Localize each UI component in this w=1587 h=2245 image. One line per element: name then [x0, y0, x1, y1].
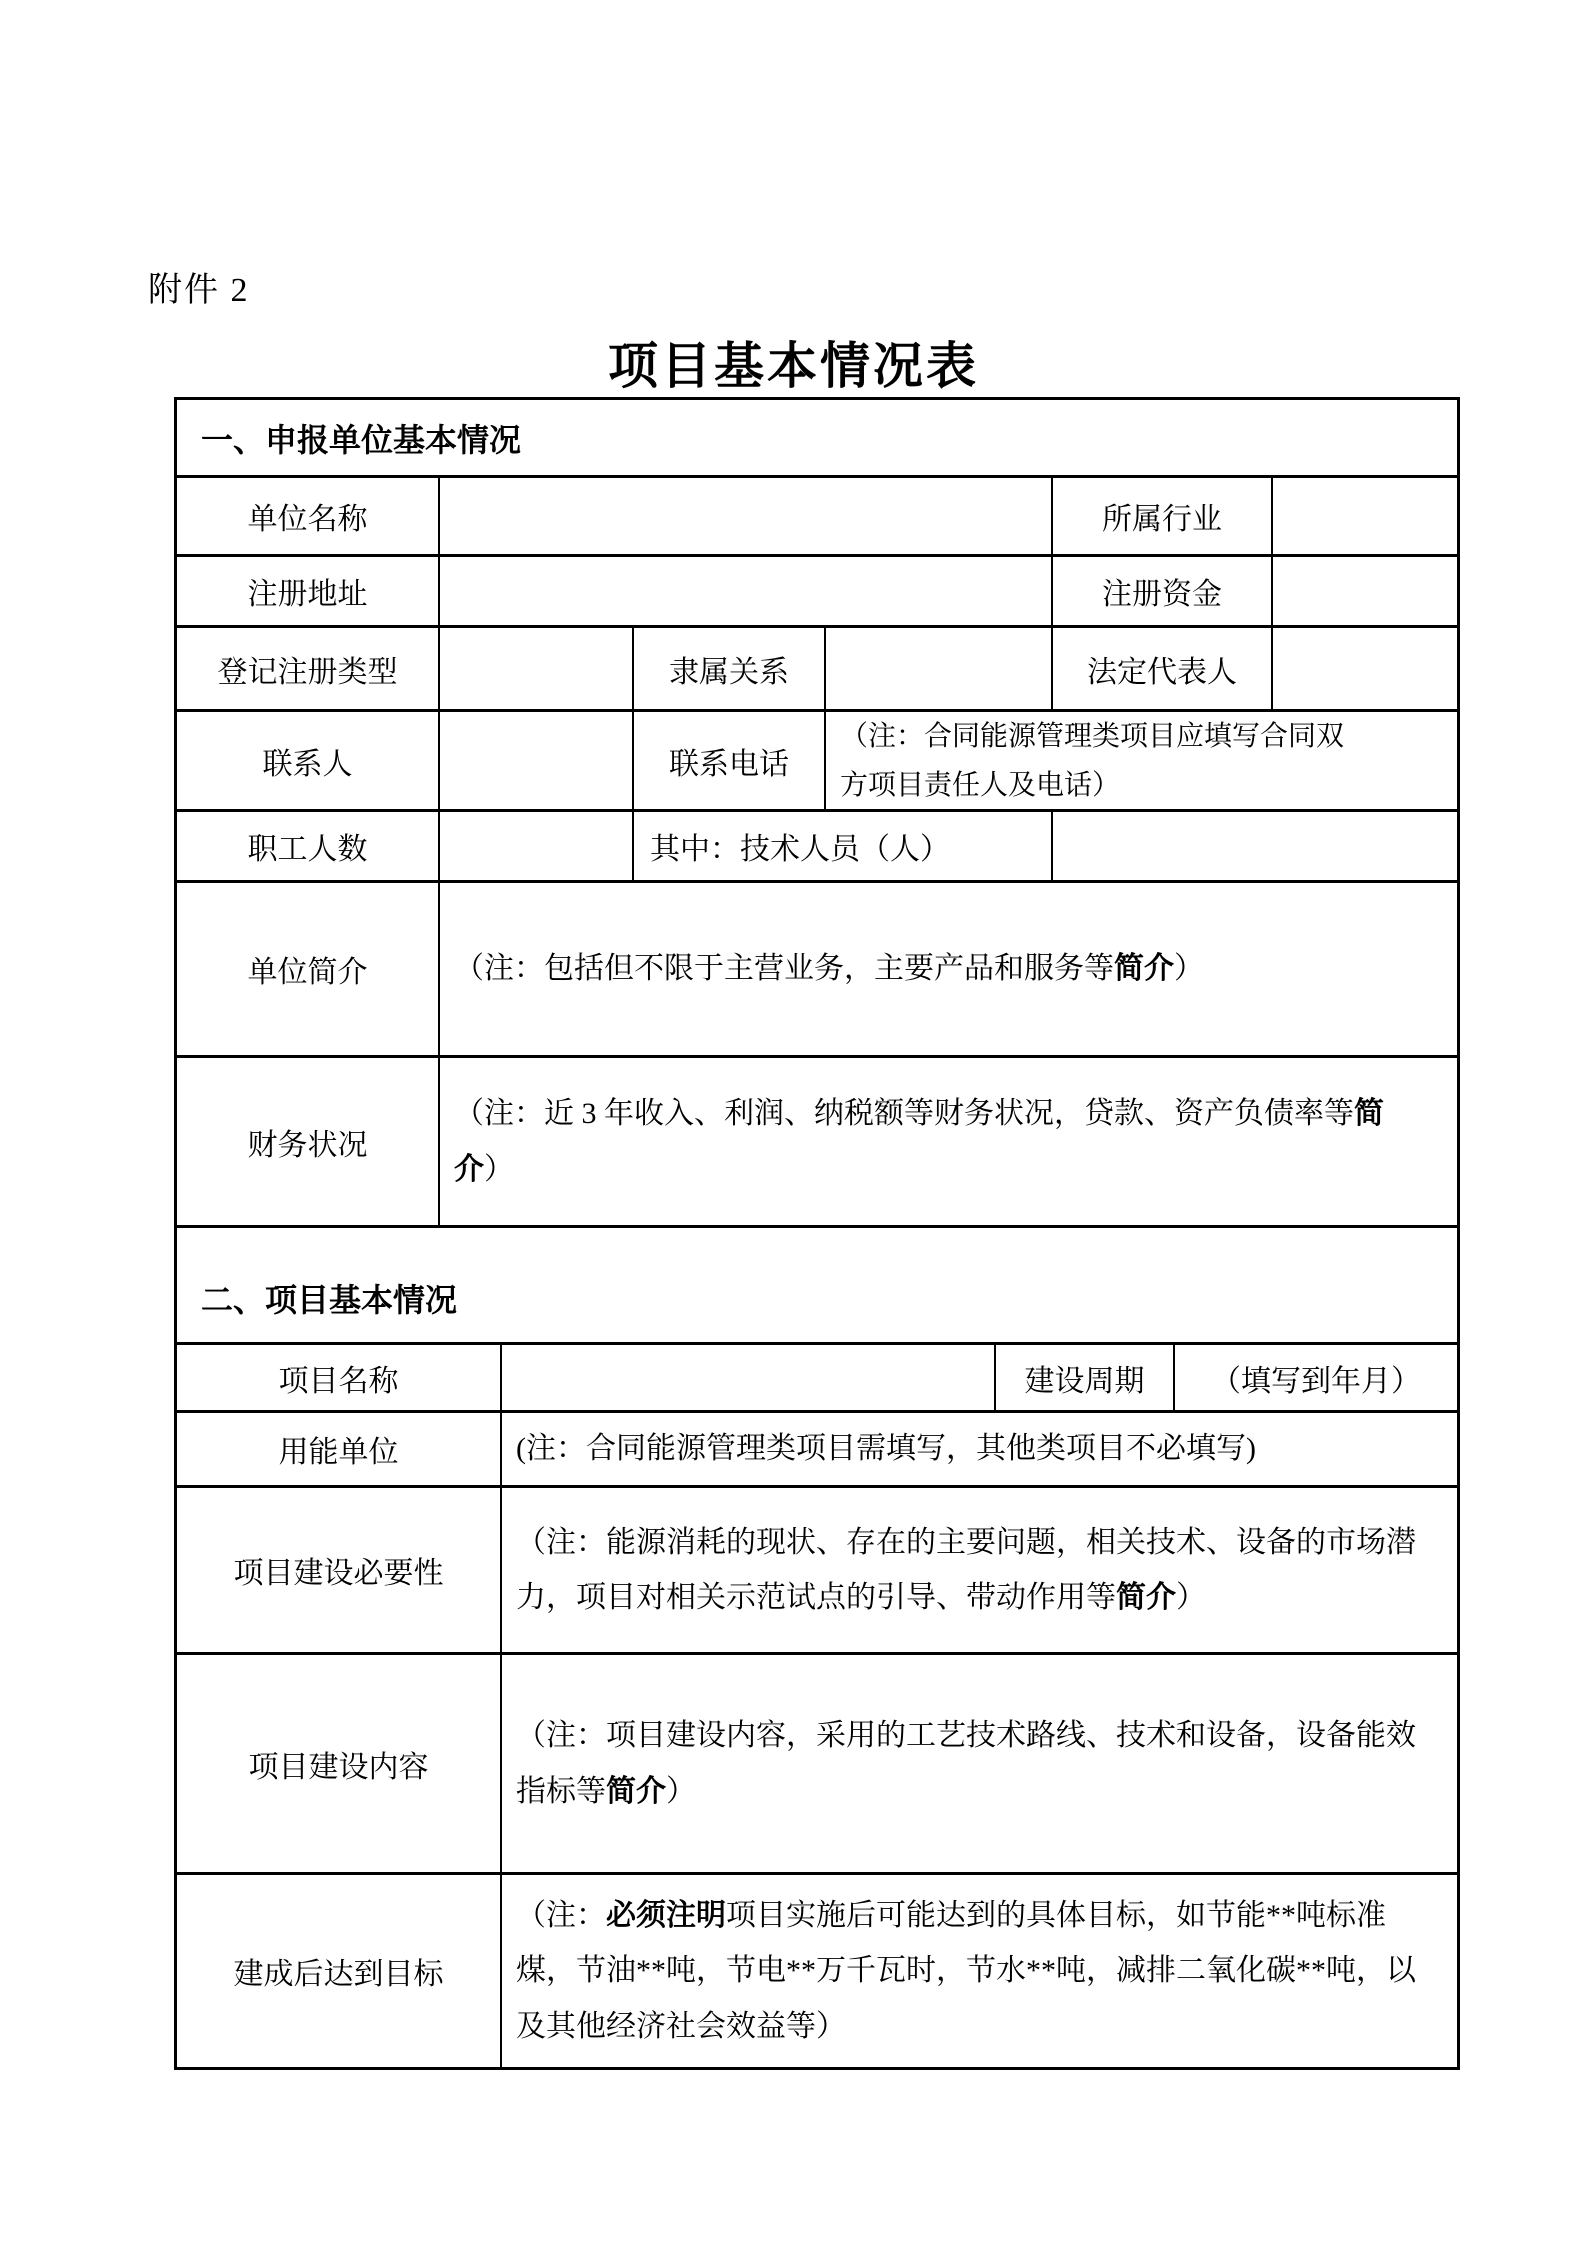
unit-name-value: [440, 478, 1053, 554]
reg-capital-label: 注册资金: [1053, 557, 1273, 625]
energy-unit-note-text: (注：合同能源管理类项目需填写，其他类项目不必填写): [502, 1415, 1270, 1483]
document-page: 附件 2 项目基本情况表 一、申报单位基本情况 单位名称 所属行业 注册地址 注…: [0, 0, 1587, 2245]
industry-value: [1273, 478, 1457, 554]
section1-header: 一、申报单位基本情况: [177, 400, 1457, 475]
goal-note-text: （注：必须注明项目实施后可能达到的具体目标，如节能**吨标准煤，节油**吨，节电…: [502, 1882, 1457, 2061]
table-row: 项目建设内容 （注：项目建设内容，采用的工艺技术路线、技术和设备，设备能效指标等…: [177, 1655, 1457, 1875]
build-period-hint: （填写到年月）: [1175, 1345, 1457, 1410]
section2-header-row: 二、项目基本情况: [177, 1228, 1457, 1345]
section2-header: 二、项目基本情况: [177, 1228, 1457, 1342]
staff-count-label: 职工人数: [177, 812, 440, 880]
reg-capital-value: [1273, 557, 1457, 625]
content-note-text: （注：项目建设内容，采用的工艺技术路线、技术和设备，设备能效指标等简介）: [502, 1702, 1457, 1825]
section1-header-row: 一、申报单位基本情况: [177, 400, 1457, 478]
table-row: 单位名称 所属行业: [177, 478, 1457, 557]
build-period-label: 建设周期: [996, 1345, 1175, 1410]
staff-count-value: [440, 812, 634, 880]
necessity-note-text: （注：能源消耗的现状、存在的主要问题，相关技术、设备的市场潜力，项目对相关示范试…: [502, 1509, 1457, 1632]
contact-label: 联系人: [177, 712, 440, 809]
necessity-label: 项目建设必要性: [177, 1488, 502, 1652]
energy-unit-note: (注：合同能源管理类项目需填写，其他类项目不必填写): [502, 1413, 1457, 1485]
unit-name-label: 单位名称: [177, 478, 440, 554]
affiliation-label: 隶属关系: [634, 628, 826, 709]
unit-intro-label: 单位简介: [177, 883, 440, 1055]
affiliation-value: [826, 628, 1053, 709]
table-row: 建成后达到目标 （注：必须注明项目实施后可能达到的具体目标，如节能**吨标准煤，…: [177, 1875, 1457, 2067]
project-info-table: 一、申报单位基本情况 单位名称 所属行业 注册地址 注册资金 登记注册类型 隶属…: [174, 397, 1460, 2070]
content-note: （注：项目建设内容，采用的工艺技术路线、技术和设备，设备能效指标等简介）: [502, 1655, 1457, 1872]
legal-rep-label: 法定代表人: [1053, 628, 1273, 709]
contact-phone-label: 联系电话: [634, 712, 826, 809]
necessity-note: （注：能源消耗的现状、存在的主要问题，相关技术、设备的市场潜力，项目对相关示范试…: [502, 1488, 1457, 1652]
table-row: 登记注册类型 隶属关系 法定代表人: [177, 628, 1457, 712]
content-label: 项目建设内容: [177, 1655, 502, 1872]
goal-note: （注：必须注明项目实施后可能达到的具体目标，如节能**吨标准煤，节油**吨，节电…: [502, 1875, 1457, 2067]
unit-intro-note: （注：包括但不限于主营业务，主要产品和服务等简介）: [440, 883, 1457, 1055]
reg-address-label: 注册地址: [177, 557, 440, 625]
table-row: 单位简介 （注：包括但不限于主营业务，主要产品和服务等简介）: [177, 883, 1457, 1058]
table-row: 用能单位 (注：合同能源管理类项目需填写，其他类项目不必填写): [177, 1413, 1457, 1488]
table-row: 职工人数 其中：技术人员（人）: [177, 812, 1457, 883]
energy-unit-label: 用能单位: [177, 1413, 502, 1485]
table-row: 联系人 联系电话 （注：合同能源管理类项目应填写合同双方项目责任人及电话）: [177, 712, 1457, 812]
reg-address-value: [440, 557, 1053, 625]
financial-note-text: （注：近 3 年收入、利润、纳税额等财务状况，贷款、资产负债率等简介）: [440, 1080, 1457, 1203]
contact-phone-note: （注：合同能源管理类项目应填写合同双方项目责任人及电话）: [826, 712, 1457, 809]
legal-rep-value: [1273, 628, 1457, 709]
reg-type-label: 登记注册类型: [177, 628, 440, 709]
table-row: 注册地址 注册资金: [177, 557, 1457, 628]
project-name-value: [502, 1345, 996, 1410]
tech-staff-label: 其中：技术人员（人）: [634, 812, 1053, 880]
tech-staff-value: [1053, 812, 1457, 880]
table-row: 项目建设必要性 （注：能源消耗的现状、存在的主要问题，相关技术、设备的市场潜力，…: [177, 1488, 1457, 1655]
table-row: 项目名称 建设周期 （填写到年月）: [177, 1345, 1457, 1413]
industry-label: 所属行业: [1053, 478, 1273, 554]
financial-note: （注：近 3 年收入、利润、纳税额等财务状况，贷款、资产负债率等简介）: [440, 1058, 1457, 1225]
project-name-label: 项目名称: [177, 1345, 502, 1410]
financial-label: 财务状况: [177, 1058, 440, 1225]
reg-type-value: [440, 628, 634, 709]
table-row: 财务状况 （注：近 3 年收入、利润、纳税额等财务状况，贷款、资产负债率等简介）: [177, 1058, 1457, 1228]
page-title: 项目基本情况表: [0, 326, 1587, 398]
unit-intro-note-text: （注：包括但不限于主营业务，主要产品和服务等简介）: [440, 935, 1218, 1003]
contact-value: [440, 712, 634, 809]
contact-phone-note-text: （注：合同能源管理类项目应填写合同双方项目责任人及电话）: [826, 712, 1457, 809]
goal-label: 建成后达到目标: [177, 1875, 502, 2067]
attachment-label: 附件 2: [148, 262, 250, 311]
